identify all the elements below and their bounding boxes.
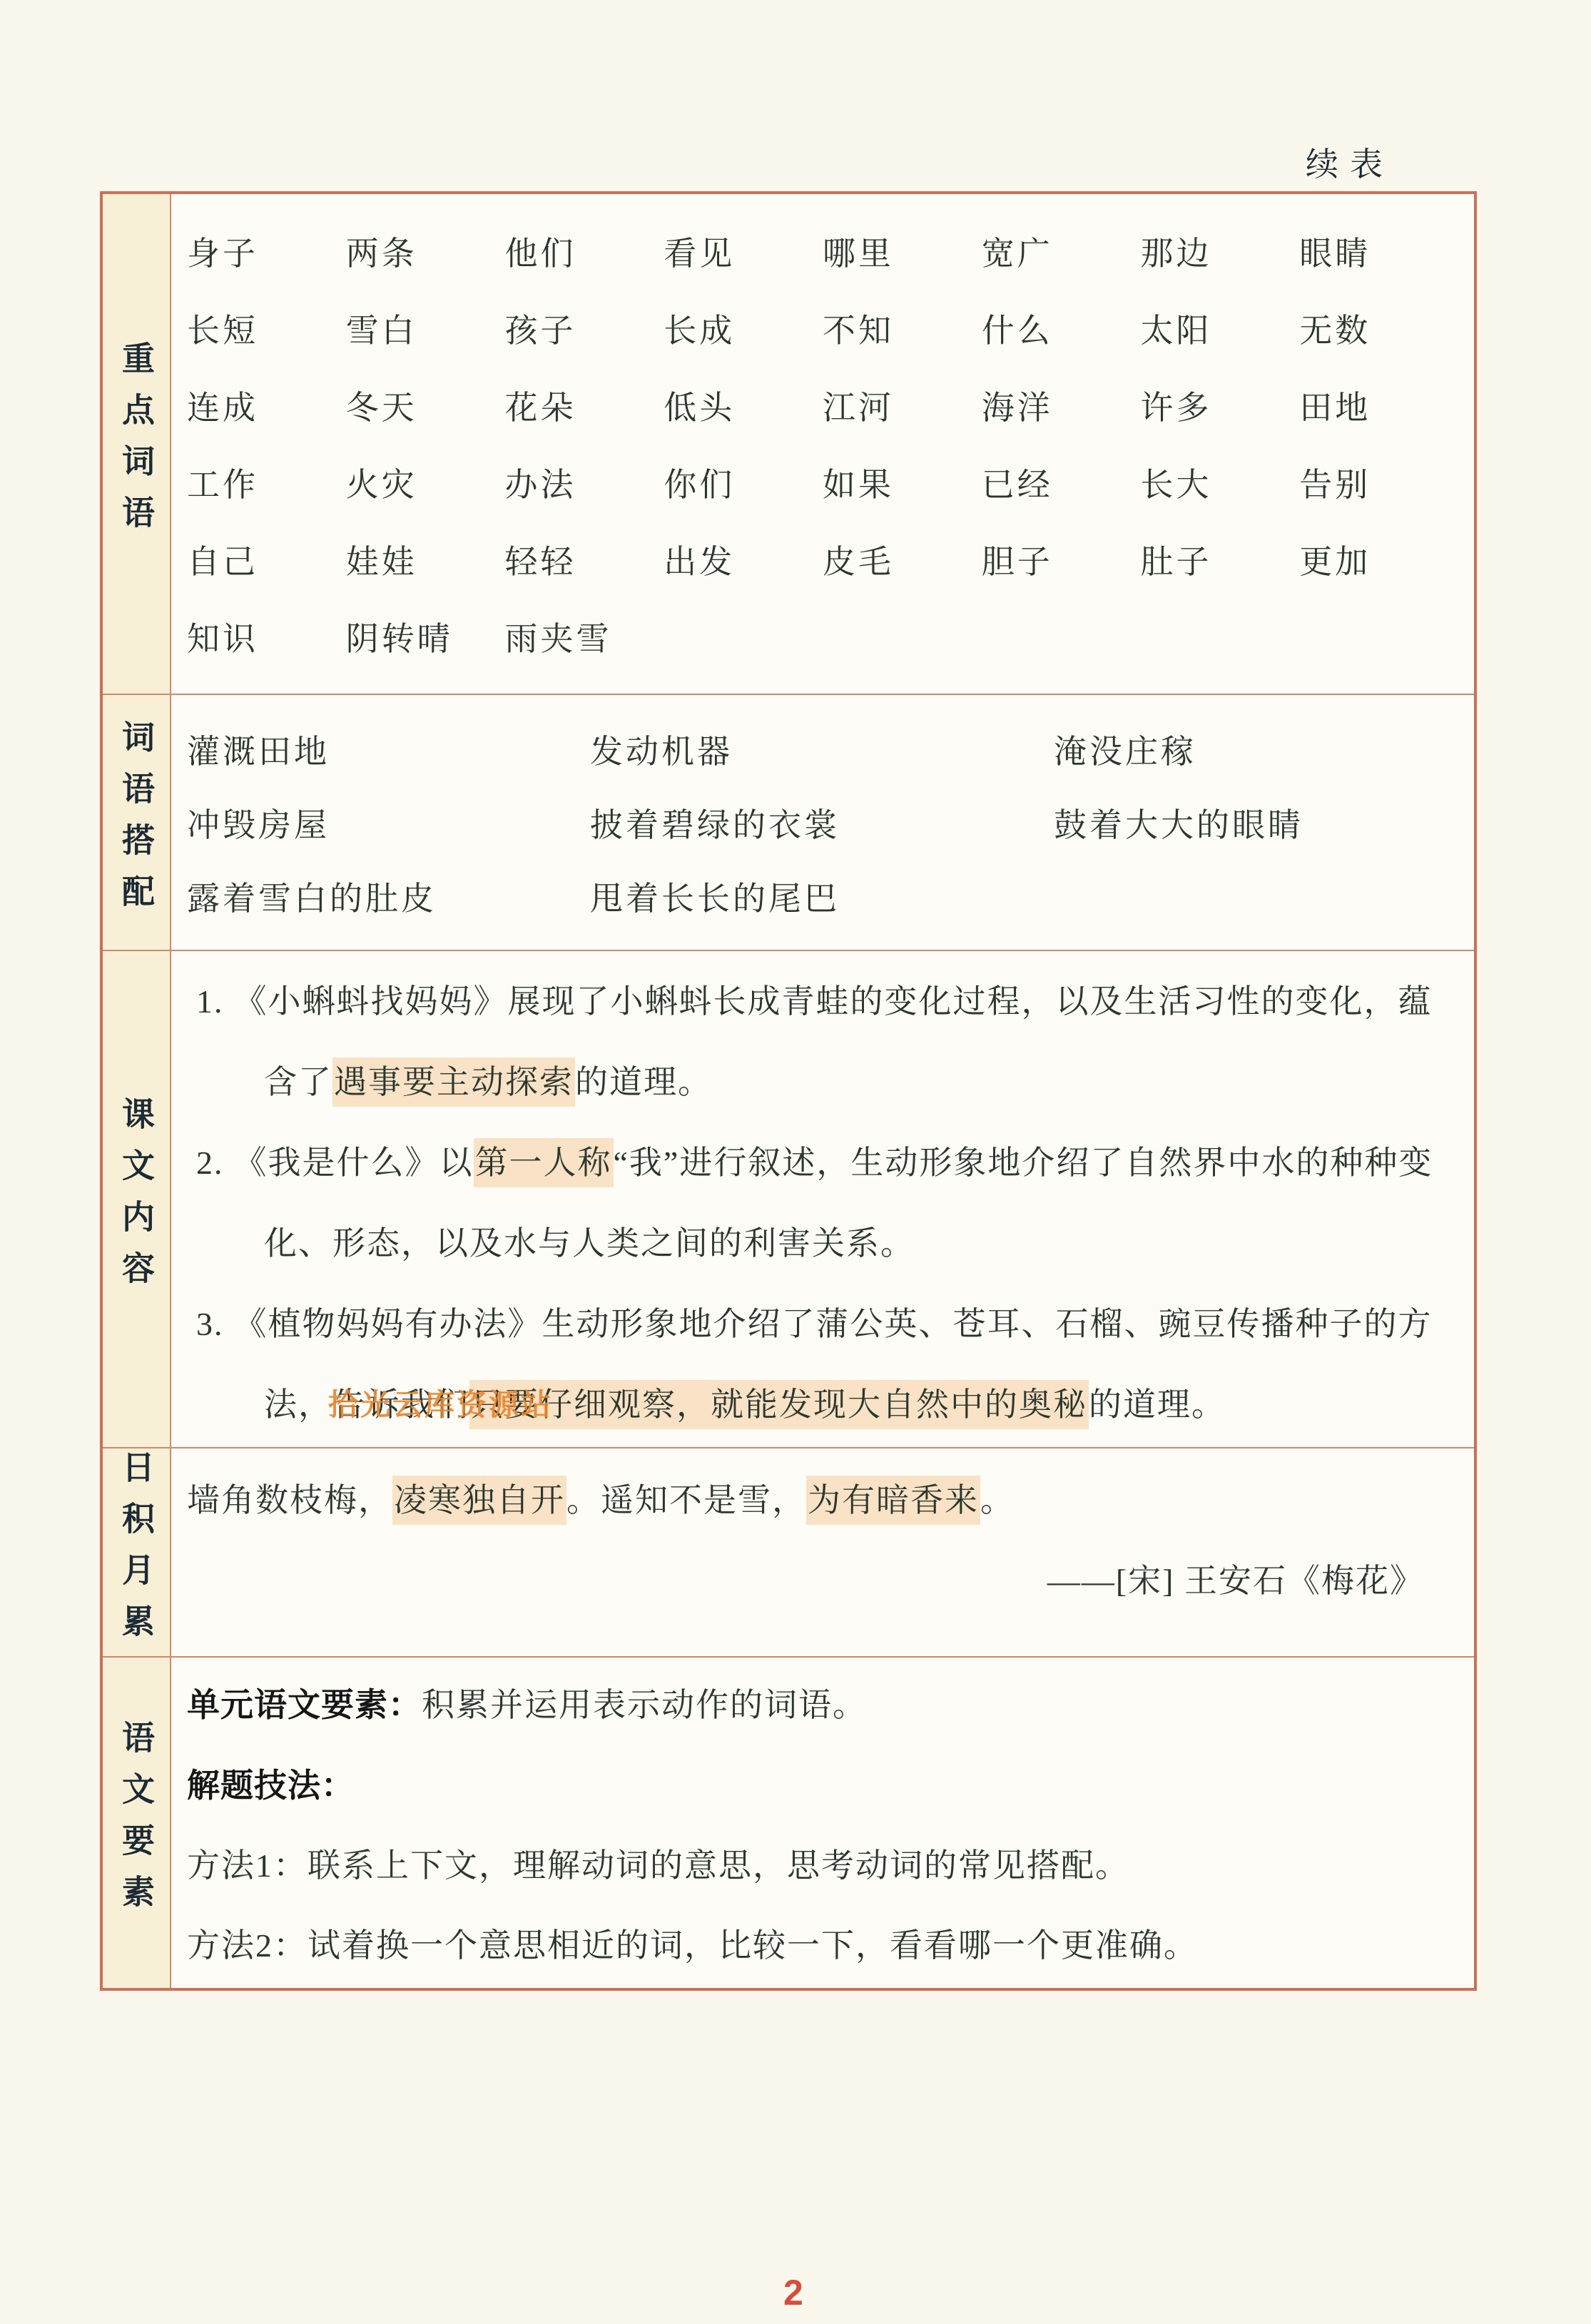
- word: 办法: [505, 459, 664, 506]
- collocation: 发动机器: [590, 726, 1054, 773]
- word: 娃娃: [346, 536, 505, 583]
- key-words-cell: 身子两条他们看见哪里宽广那边眼睛长短雪白孩子长成不知什么太阳无数连成冬天花朵低头…: [171, 194, 1474, 694]
- accumulation-cell: 墙角数枝梅，凌寒独自开。遥知不是雪，为有暗香来。 ——[宋] 王安石《梅花》: [171, 1448, 1474, 1656]
- word: 长短: [187, 305, 346, 352]
- word: 宽广: [982, 228, 1141, 275]
- text-segment: 方法2：试着换一个意思相近的词，比较一下，看看哪一个更准确。: [187, 1927, 1198, 1964]
- section-text-content: 课文内容 1.《小蝌蚪找妈妈》展现了小蝌蚪长成青蛙的变化过程，以及生活习性的变化…: [103, 951, 1474, 1448]
- collocations-cell: 灌溉田地发动机器淹没庄稼冲毁房屋披着碧绿的衣裳鼓着大大的眼睛露着雪白的肚皮甩着长…: [171, 695, 1474, 950]
- word-row: 长短雪白孩子长成不知什么太阳无数: [187, 305, 1458, 352]
- word: 哪里: [823, 228, 982, 275]
- elements-cell: 单元语文要素：积累并运用表示动作的词语。解题技法：方法1：联系上下文，理解动词的…: [171, 1658, 1474, 1988]
- word: 火灾: [346, 459, 505, 506]
- word-row: 知识阴转晴雨夹雪: [187, 613, 1458, 660]
- collocation: 露着雪白的肚皮: [187, 873, 590, 920]
- word: 肚子: [1141, 536, 1300, 583]
- word: 花朵: [505, 382, 664, 429]
- word: 胆子: [982, 536, 1141, 583]
- word: 出发: [664, 536, 823, 583]
- elements-line: 方法1：联系上下文，理解动词的意思，思考动词的常见搭配。: [187, 1826, 1444, 1906]
- elements-lines: 单元语文要素：积累并运用表示动作的词语。解题技法：方法1：联系上下文，理解动词的…: [171, 1658, 1474, 1986]
- text-segment: 墙角数枝梅，: [187, 1482, 392, 1518]
- section-header-collocations: 词语搭配: [103, 695, 171, 950]
- word: 更加: [1299, 536, 1458, 583]
- section-header-label: 语文要素: [113, 1720, 160, 1926]
- collocation-row: 灌溉田地发动机器淹没庄稼: [187, 726, 1458, 773]
- summary-table: 重点词语 身子两条他们看见哪里宽广那边眼睛长短雪白孩子长成不知什么太阳无数连成冬…: [100, 191, 1477, 1991]
- section-key-words: 重点词语 身子两条他们看见哪里宽广那边眼睛长短雪白孩子长成不知什么太阳无数连成冬…: [103, 194, 1474, 695]
- word-row: 身子两条他们看见哪里宽广那边眼睛: [187, 228, 1458, 275]
- poem-block: 墙角数枝梅，凌寒独自开。遥知不是雪，为有暗香来。 ——[宋] 王安石《梅花》: [171, 1448, 1474, 1621]
- highlighted-segment: 为有暗香来: [806, 1476, 980, 1525]
- text-content-item: 1.《小蝌蚪找妈妈》展现了小蝌蚪长成青蛙的变化过程，以及生活习性的变化，蕴含了遇…: [196, 961, 1444, 1122]
- collocation: 甩着长长的尾巴: [590, 873, 1054, 920]
- section-header-text-content: 课文内容: [103, 951, 171, 1447]
- collocation: [1054, 873, 1458, 920]
- word: 长成: [664, 305, 823, 352]
- page-number: 2: [783, 2272, 803, 2313]
- continued-table-label: 续表: [1306, 138, 1394, 186]
- section-accumulation: 日积月累 墙角数枝梅，凌寒独自开。遥知不是雪，为有暗香来。 ——[宋] 王安石《…: [103, 1448, 1474, 1658]
- section-header-label: 词语搭配: [113, 720, 160, 925]
- section-header-label: 重点词语: [113, 341, 160, 547]
- collocation: 灌溉田地: [187, 726, 590, 773]
- word: 看见: [664, 228, 823, 275]
- word: 不知: [823, 305, 982, 352]
- text-segment: 的道理。: [1089, 1386, 1226, 1423]
- key-words-grid: 身子两条他们看见哪里宽广那边眼睛长短雪白孩子长成不知什么太阳无数连成冬天花朵低头…: [171, 194, 1474, 694]
- word: 低头: [664, 382, 823, 429]
- word: 太阳: [1141, 305, 1300, 352]
- collocation: 披着碧绿的衣裳: [590, 799, 1054, 846]
- section-header-key-words: 重点词语: [103, 194, 171, 694]
- word: 如果: [823, 459, 982, 506]
- word: 他们: [505, 228, 664, 275]
- poem-line: 墙角数枝梅，凌寒独自开。遥知不是雪，为有暗香来。: [187, 1460, 1424, 1541]
- word: 什么: [982, 305, 1141, 352]
- elements-line: 方法2：试着换一个意思相近的词，比较一下，看看哪一个更准确。: [187, 1906, 1444, 1986]
- word: 冬天: [346, 382, 505, 429]
- collocation: 鼓着大大的眼睛: [1054, 799, 1458, 846]
- word: 田地: [1299, 382, 1458, 429]
- word: 已经: [982, 459, 1141, 506]
- word: 轻轻: [505, 536, 664, 583]
- word-row: 自己娃娃轻轻出发皮毛胆子肚子更加: [187, 536, 1458, 583]
- word: 两条: [346, 228, 505, 275]
- word: 无数: [1299, 305, 1458, 352]
- word: 孩子: [505, 305, 664, 352]
- elements-line: 解题技法：: [187, 1745, 1444, 1826]
- word: 海洋: [982, 382, 1141, 429]
- text-segment: 。遥知不是雪，: [566, 1482, 806, 1518]
- bold-label: 单元语文要素：: [187, 1686, 422, 1723]
- section-elements: 语文要素 单元语文要素：积累并运用表示动作的词语。解题技法：方法1：联系上下文，…: [103, 1658, 1474, 1988]
- collocations-grid: 灌溉田地发动机器淹没庄稼冲毁房屋披着碧绿的衣裳鼓着大大的眼睛露着雪白的肚皮甩着长…: [171, 695, 1474, 950]
- scanned-workbook-page: 续表 重点词语 身子两条他们看见哪里宽广那边眼睛长短雪白孩子长成不知什么太阳无数…: [0, 0, 1591, 2324]
- word: 知识: [187, 613, 346, 660]
- collocation-row: 冲毁房屋披着碧绿的衣裳鼓着大大的眼睛: [187, 799, 1458, 846]
- text-content-list: 1.《小蝌蚪找妈妈》展现了小蝌蚪长成青蛙的变化过程，以及生活习性的变化，蕴含了遇…: [171, 951, 1474, 1445]
- word-row: 连成冬天花朵低头江河海洋许多田地: [187, 382, 1458, 429]
- word: 告别: [1299, 459, 1458, 506]
- text-segment: 《我是什么》以: [234, 1145, 474, 1181]
- text-content-item: 2.《我是什么》以第一人称“我”进行叙述，生动形象地介绍了自然界中水的种种变化、…: [196, 1122, 1444, 1284]
- text-segment: 。: [980, 1482, 1015, 1518]
- word: 你们: [664, 459, 823, 506]
- section-header-elements: 语文要素: [103, 1658, 171, 1988]
- text-segment: 方法1：联系上下文，理解动词的意思，思考动词的常见搭配。: [187, 1847, 1129, 1884]
- word: 那边: [1141, 228, 1300, 275]
- highlighted-segment: 第一人称: [474, 1138, 614, 1187]
- word-row: 工作火灾办法你们如果已经长大告别: [187, 459, 1458, 506]
- word: 阴转晴: [346, 613, 505, 660]
- item-number: 1.: [196, 983, 224, 1020]
- collocation: 淹没庄稼: [1054, 726, 1458, 773]
- text-segment: 的道理。: [575, 1064, 712, 1100]
- poem-attribution: ——[宋] 王安石《梅花》: [187, 1541, 1424, 1621]
- word: 雨夹雪: [505, 613, 664, 660]
- item-number: 2.: [196, 1145, 224, 1181]
- word: 连成: [187, 382, 346, 429]
- section-collocations: 词语搭配 灌溉田地发动机器淹没庄稼冲毁房屋披着碧绿的衣裳鼓着大大的眼睛露着雪白的…: [103, 695, 1474, 951]
- section-header-label: 课文内容: [113, 1097, 160, 1302]
- item-number: 3.: [196, 1306, 224, 1342]
- text-segment: 积累并运用表示动作的词语。: [422, 1687, 867, 1723]
- section-header-accumulation: 日积月累: [103, 1448, 171, 1656]
- bold-label: 解题技法：: [187, 1767, 355, 1804]
- collocation-row: 露着雪白的肚皮甩着长长的尾巴: [187, 873, 1458, 920]
- text-content-cell: 1.《小蝌蚪找妈妈》展现了小蝌蚪长成青蛙的变化过程，以及生活习性的变化，蕴含了遇…: [171, 951, 1474, 1447]
- word: 长大: [1141, 459, 1300, 506]
- collocation: 冲毁房屋: [187, 799, 590, 846]
- highlighted-segment: 只要仔细观察，就能发现大自然中的奥秘: [469, 1380, 1089, 1429]
- highlighted-segment: 遇事要主动探索: [332, 1057, 575, 1107]
- elements-line: 单元语文要素：积累并运用表示动作的词语。: [187, 1665, 1444, 1745]
- word: 身子: [187, 228, 346, 275]
- watermark: 拾光云库资源站: [328, 1381, 553, 1424]
- word: 眼睛: [1299, 228, 1458, 275]
- word: 雪白: [346, 305, 505, 352]
- highlighted-segment: 凌寒独自开: [392, 1476, 566, 1525]
- word: 自己: [187, 536, 346, 583]
- section-header-label: 日积月累: [113, 1450, 160, 1655]
- word: 江河: [823, 382, 982, 429]
- word: 工作: [187, 459, 346, 506]
- word: 皮毛: [823, 536, 982, 583]
- word: 许多: [1141, 382, 1300, 429]
